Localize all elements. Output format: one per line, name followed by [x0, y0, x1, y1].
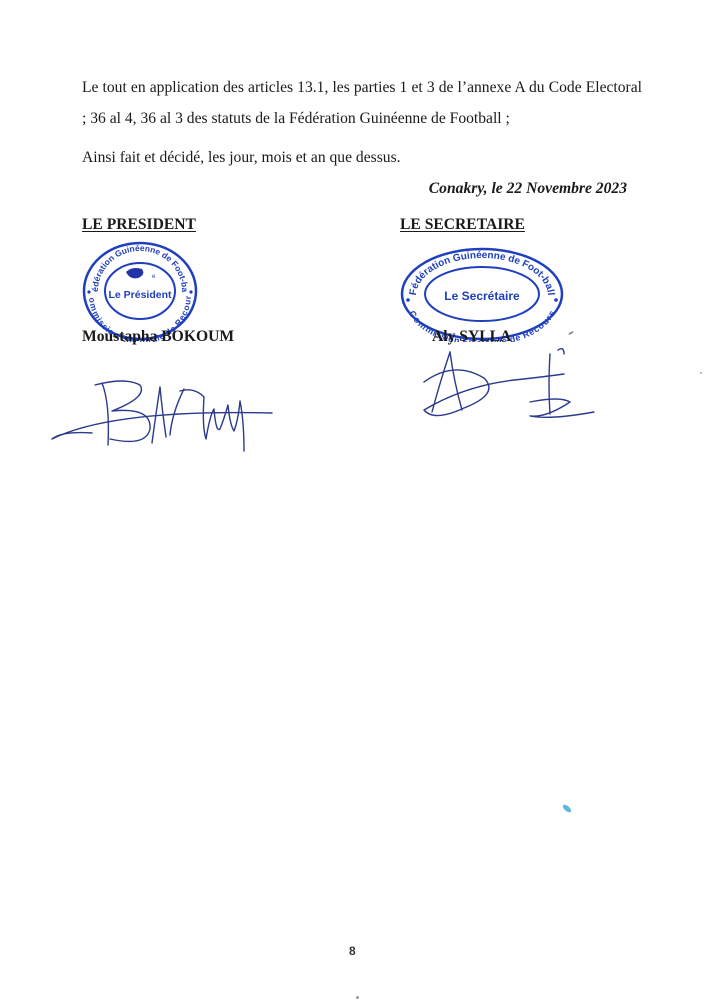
- svg-text:Le Président: Le Président: [108, 289, 172, 301]
- page-number: 8: [349, 944, 356, 958]
- president-signature-icon: [40, 365, 280, 460]
- secretary-signature-icon: [410, 340, 610, 435]
- president-stamp-icon: Fédération Guinéenne de Foot-ball Commis…: [78, 240, 202, 342]
- svg-text:e: e: [152, 274, 156, 280]
- closing-paragraph: Ainsi fait et décidé, les jour, mois et …: [82, 142, 642, 173]
- secretary-title: LE SECRETAIRE: [400, 216, 525, 234]
- scan-speck: [562, 803, 573, 813]
- scan-speck: [356, 996, 359, 999]
- legal-basis-paragraph: Le tout en application des articles 13.1…: [82, 72, 642, 134]
- president-name: Moustapha BOKOUM: [82, 328, 234, 346]
- president-title: LE PRESIDENT: [82, 216, 196, 234]
- scan-speck: [568, 331, 574, 336]
- svg-text:Le Secrétaire: Le Secrétaire: [444, 289, 520, 303]
- scan-speck: [700, 372, 702, 374]
- place-and-date: Conakry, le 22 Novembre 2023: [429, 180, 627, 198]
